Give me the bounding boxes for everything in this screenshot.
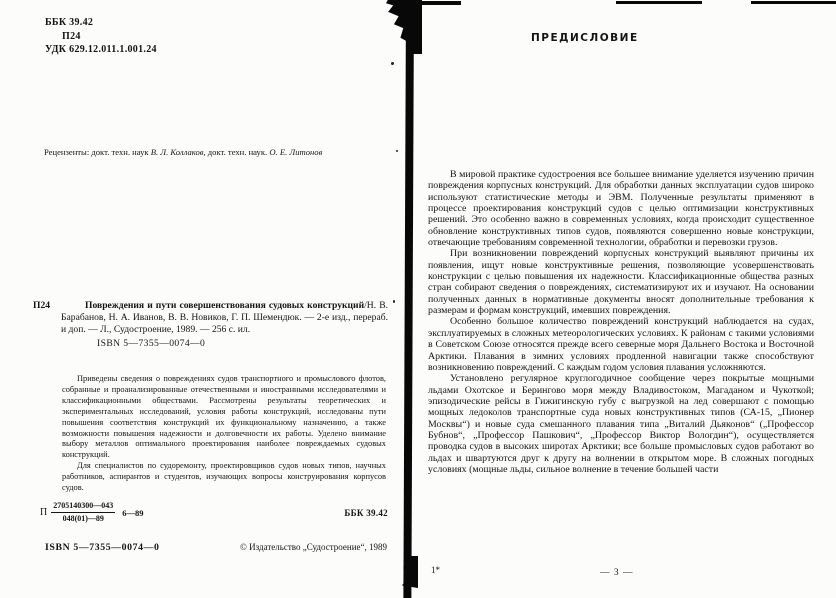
imprint-bbk: ББК 39.42 [344,508,388,518]
catalog-letter-code: П24 [45,30,157,44]
imprint-line: П 2705140300—043 048(01)—89 6—89 ББК 39.… [40,501,388,524]
page-number: — 3 — [600,568,634,578]
isbn-number: ISBN 5—7355—0074—0 [45,542,160,553]
bbk-code: ББК 39.42 [45,16,157,30]
chapter-title: ПРЕДИСЛОВИЕ [531,32,639,44]
imprint-numerator: 2705140300—043 [51,501,115,513]
imprint-letter: П [40,507,47,518]
book-title: Повреждения и пути совершенствования суд… [85,300,364,311]
book-spread-scan: ББК 39.42 П24 УДК 629.12.011.1.001.24 Ре… [0,0,836,598]
annotation-block: Приведены сведения о повреждениях судов … [62,374,386,494]
entry-isbn: ISBN 5—7355—0074—0 [97,338,388,350]
isbn-copyright-row: ISBN 5—7355—0074—0 © Издательство „Судос… [45,542,387,553]
preface-paragraph: В мировой практике судостроения все боль… [428,169,814,248]
imprint-denominator: 048(01)—89 [51,513,115,524]
preface-paragraph: Установлено регулярное круглогодичное со… [428,373,814,475]
copyright-notice: © Издательство „Судостроение“, 1989 [240,542,387,552]
annotation-paragraph: Приведены сведения о повреждениях судов … [62,374,386,461]
reviewers-mid: , докт. техн. наук. [204,147,270,157]
preface-paragraph: Особенно большое количество повреждений … [428,316,814,373]
signature-mark: 1* [431,565,440,575]
preface-text: В мировой практике судостроения все боль… [428,169,814,475]
bibliographic-entry: П24 Повреждения и пути совершенствования… [33,300,388,350]
classification-codes: ББК 39.42 П24 УДК 629.12.011.1.001.24 [45,16,157,57]
entry-code: П24 [33,300,50,312]
annotation-paragraph: Для специалистов по судоремонту, проекти… [62,461,386,494]
left-page: ББК 39.42 П24 УДК 629.12.011.1.001.24 Ре… [0,0,400,598]
preface-paragraph: При возникновении повреждений корпусных … [428,248,814,316]
udk-code: УДК 629.12.011.1.001.24 [45,43,157,57]
reviewer-name-2: О. Е. Литонов [269,147,322,157]
scan-gutter-line [403,0,414,598]
right-page: ПРЕДИСЛОВИЕ В мировой практике судострое… [428,0,814,598]
imprint-suffix: 6—89 [122,508,143,518]
reviewers-prefix: Рецензенты: докт. техн. наук [44,147,151,157]
reviewers-line: Рецензенты: докт. техн. наук В. Л. Колла… [44,147,390,157]
reviewer-name-1: В. Л. Коллаков [151,147,204,157]
imprint-fraction: 2705140300—043 048(01)—89 [51,501,115,524]
entry-text: Повреждения и пути совершенствования суд… [61,300,388,350]
